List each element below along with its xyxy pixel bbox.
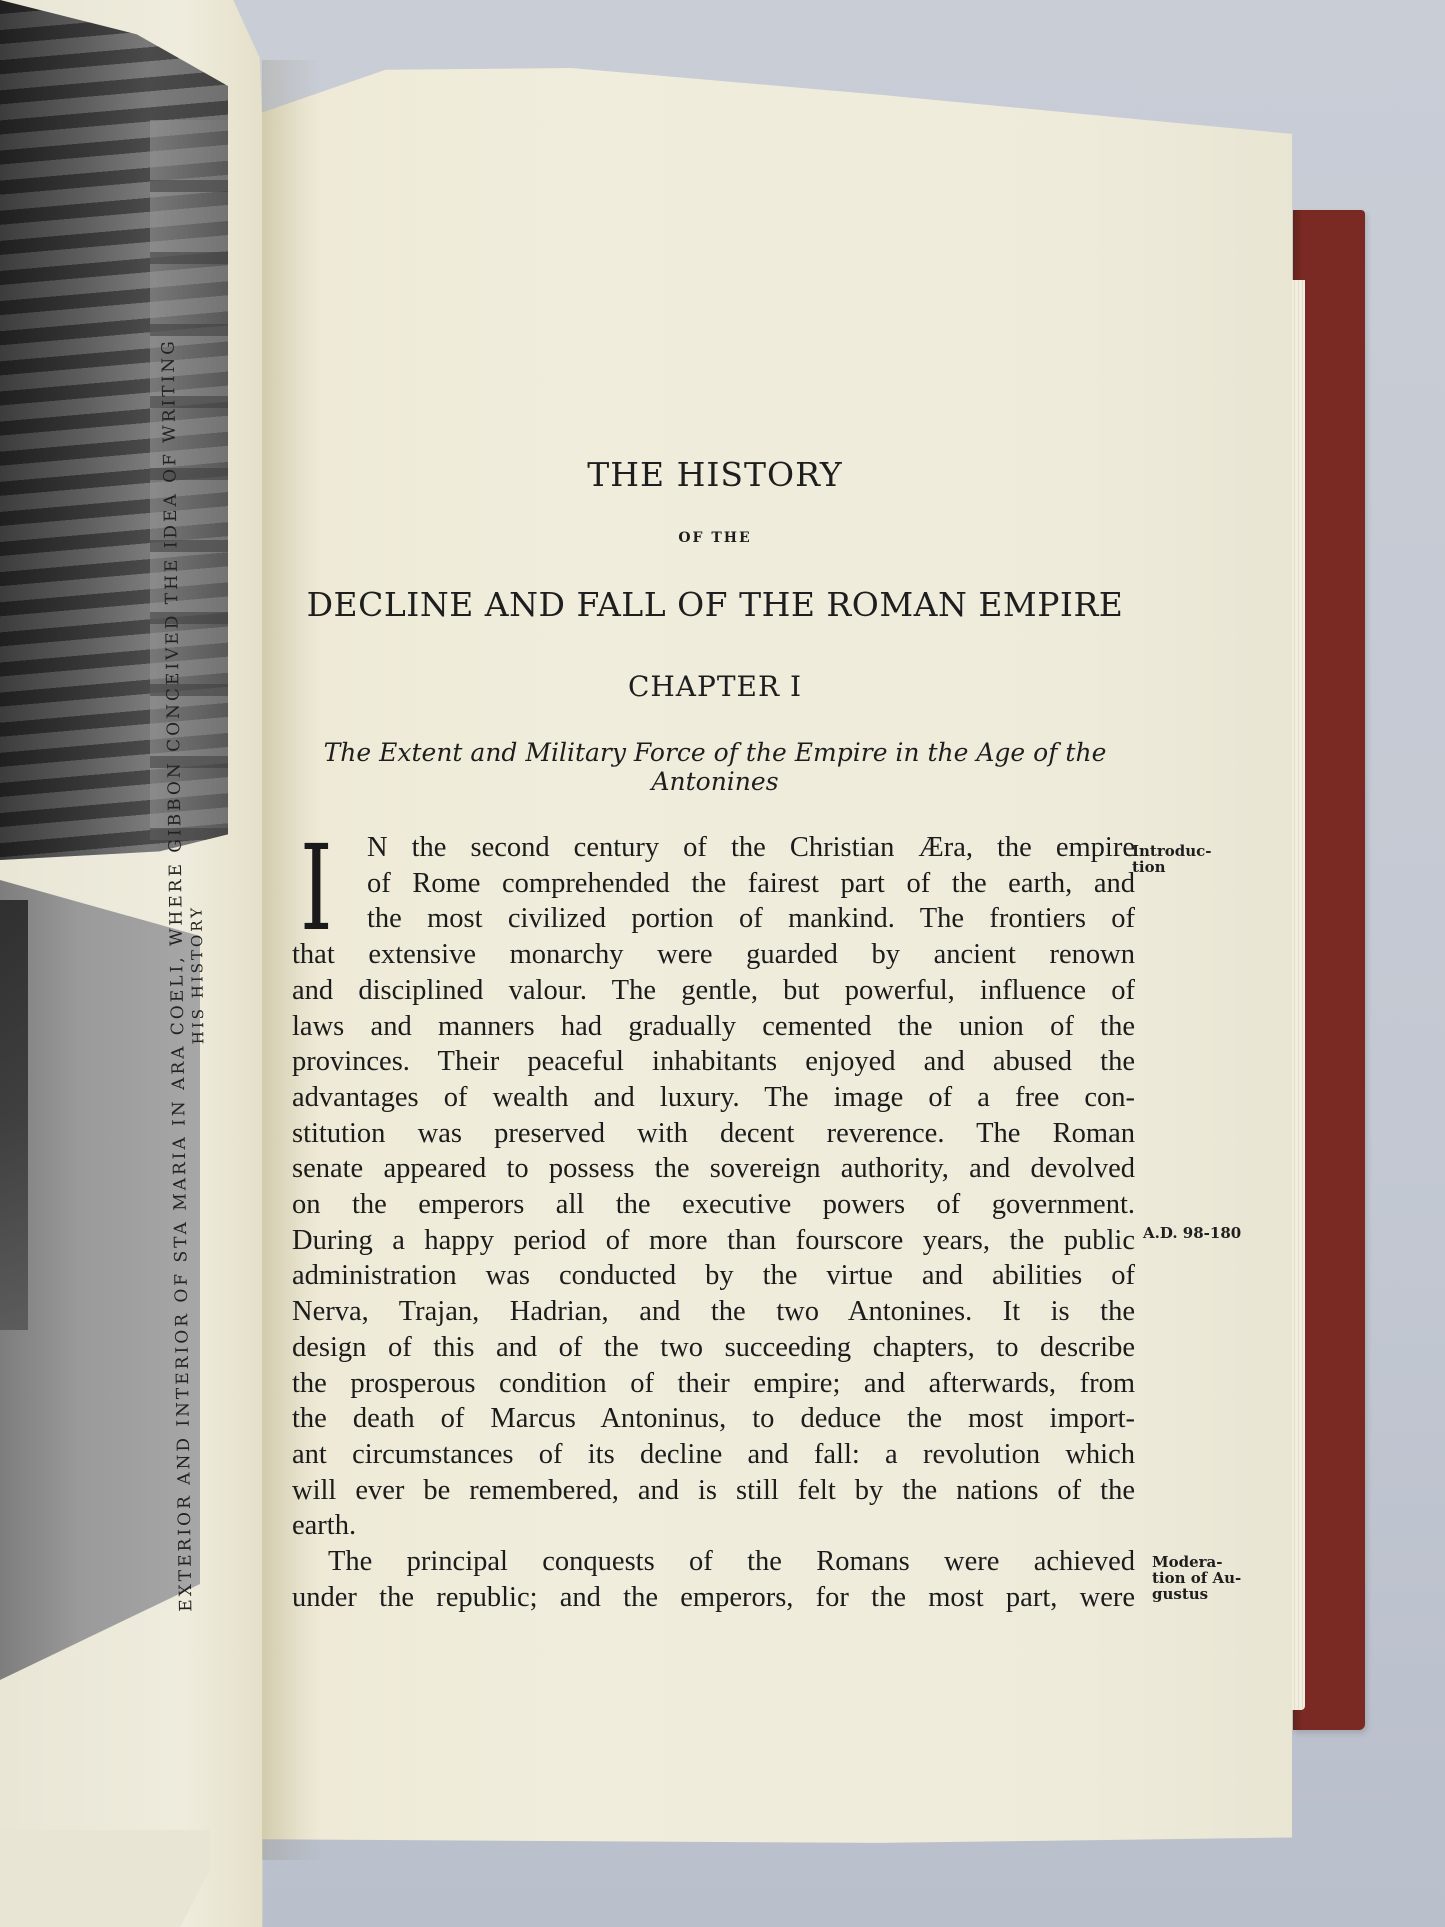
body-line: ant circumstances of its decline and fal…	[292, 1437, 1135, 1473]
chapter-subtitle: The Extent and Military Force of the Emp…	[290, 738, 1140, 796]
body-line: under the republic; and the emperors, fo…	[292, 1580, 1135, 1616]
margin-note-line: gustus	[1152, 1585, 1208, 1603]
left-page-bottom-edge	[0, 1830, 210, 1927]
book-title-line1: THE HISTORY	[290, 455, 1140, 494]
book-title-line2: OF THE	[290, 530, 1140, 546]
body-line: advantages of wealth and luxury. The ima…	[292, 1080, 1135, 1116]
body-line: of Rome comprehended the fairest part of…	[292, 866, 1135, 902]
body-line: and disciplined valour. The gentle, but …	[292, 973, 1135, 1009]
body-text: N the second century of the Christian Ær…	[292, 830, 1135, 1615]
body-line: stitution was preserved with decent reve…	[292, 1116, 1135, 1152]
body-line: will ever be remembered, and is still fe…	[292, 1473, 1135, 1509]
body-line: on the emperors all the executive powers…	[292, 1187, 1135, 1223]
body-line: earth.	[292, 1508, 1135, 1544]
body-line: senate appeared to possess the sovereign…	[292, 1151, 1135, 1187]
body-line: that extensive monarchy were guarded by …	[292, 937, 1135, 973]
margin-note-date: A.D. 98-180	[1143, 1225, 1241, 1241]
body-line: the death of Marcus Antoninus, to deduce…	[292, 1401, 1135, 1437]
body-line: the most civilized portion of mankind. T…	[292, 901, 1135, 937]
body-line: Nerva, Trajan, Hadrian, and the two Anto…	[292, 1294, 1135, 1330]
chapter-subtitle-line1: The Extent and Military Force of the Emp…	[324, 738, 1107, 767]
chapter-heading: CHAPTER I	[290, 670, 1140, 703]
body-line: design of this and of the two succeeding…	[292, 1330, 1135, 1366]
body-line: During a happy period of more than fours…	[292, 1223, 1135, 1259]
margin-note-moderation: Modera- tion of Au- gustus	[1152, 1554, 1241, 1602]
body-line: provinces. Their peaceful inhabitants en…	[292, 1044, 1135, 1080]
body-line: The principal conquests of the Romans we…	[292, 1544, 1135, 1580]
chapter-subtitle-line2: Antonines	[651, 767, 778, 796]
body-line: laws and manners had gradually cemented …	[292, 1009, 1135, 1045]
margin-note-line: tion	[1132, 858, 1166, 876]
body-line: N the second century of the Christian Ær…	[292, 830, 1135, 866]
body-line: the prosperous condition of their empire…	[292, 1366, 1135, 1402]
margin-note-introduction: Introduc- tion	[1132, 843, 1212, 875]
body-line: administration was conducted by the virt…	[292, 1258, 1135, 1294]
book-title-line3: DECLINE AND FALL OF THE ROMAN EMPIRE	[290, 585, 1140, 624]
